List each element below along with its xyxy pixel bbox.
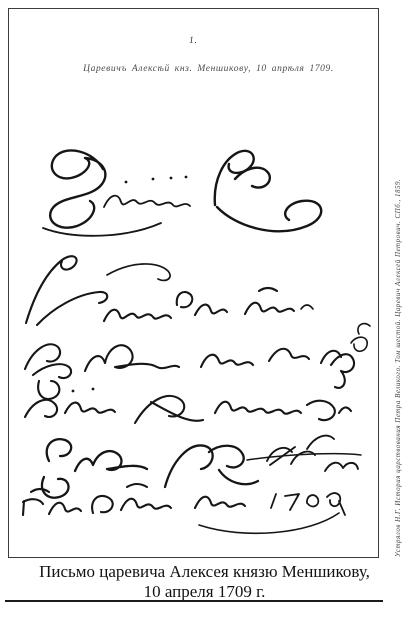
plate-caption: Письмо царевича Алексея князю Меншикову,… bbox=[0, 562, 409, 602]
handwriting-body-line-1 bbox=[26, 256, 313, 325]
book-page: 1. Царевичъ Алексѣй кнз. Меншикову, 10 а… bbox=[0, 0, 409, 620]
caption-line-2: 10 апреля 1709 г. bbox=[0, 582, 409, 602]
handwriting-salutation bbox=[43, 150, 321, 235]
facsimile-frame: 1. Царевичъ Алексѣй кнз. Меншикову, 10 а… bbox=[8, 8, 379, 558]
handwriting-facsimile bbox=[9, 9, 378, 557]
handwriting-closing-line-1 bbox=[42, 436, 361, 498]
handwriting-underline-flourish bbox=[199, 513, 339, 533]
handwriting-body-line-2 bbox=[25, 324, 370, 399]
caption-line-1: Письмо царевича Алексея князю Меншикову, bbox=[0, 562, 409, 582]
source-citation-vertical: Устрялов Н.Г. История царствования Петра… bbox=[394, 105, 405, 557]
handwriting-closing-line-2 bbox=[23, 484, 345, 533]
caption-divider-rule bbox=[5, 600, 383, 602]
handwriting-body-line-3 bbox=[25, 388, 351, 423]
handwriting-date-1709 bbox=[271, 493, 345, 515]
